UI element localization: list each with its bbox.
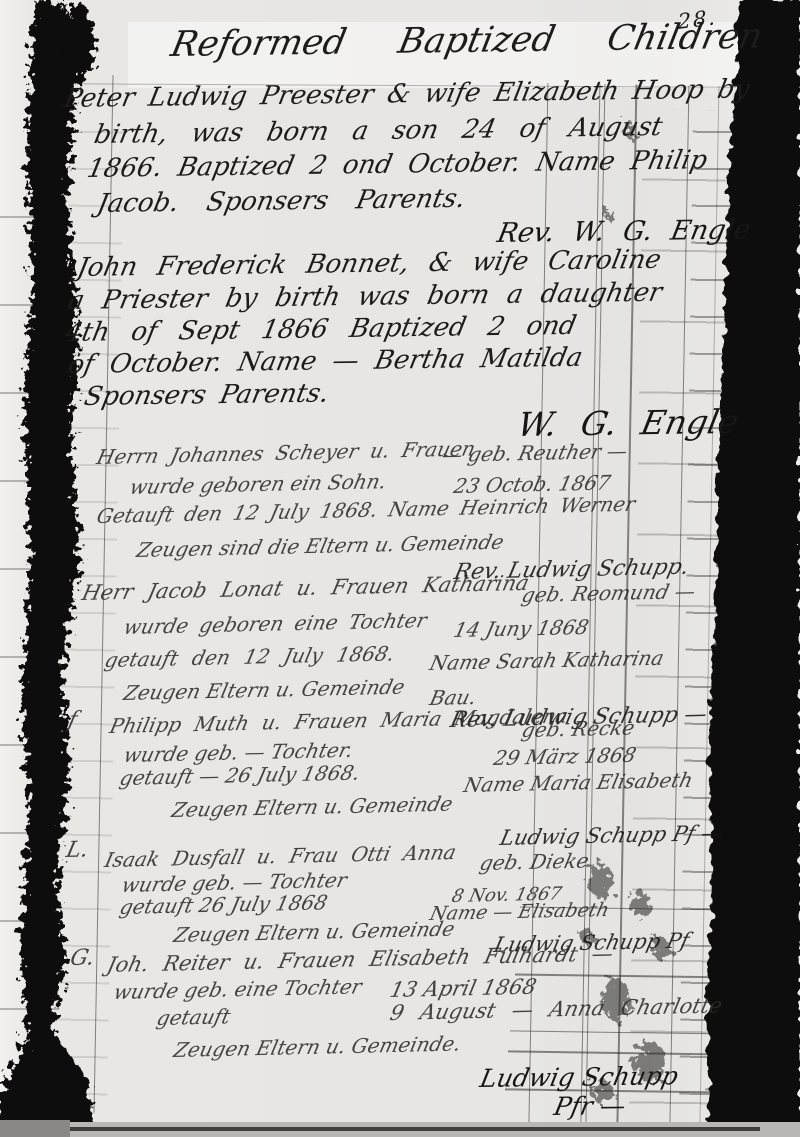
entry-line: 14 Juny 1868 <box>452 617 591 640</box>
minister-signature: Rev. W. G. Engle <box>495 216 753 247</box>
entry-line: 4th of Sept 1866 Baptized 2 ond <box>63 313 579 346</box>
entry-line: Jacob. Sponsers Parents. <box>95 186 468 217</box>
entry-line: a Priester by birth was born a daughter <box>66 280 664 314</box>
entry-line: getauft <box>155 1006 232 1028</box>
entry-mark: L. <box>64 839 91 862</box>
entry-line: of October. Name — Bertha Matilda <box>66 345 585 378</box>
entry-line: geb. Recke <box>520 717 637 740</box>
entry-line: Zeugen Eltern u. Gemeinde. <box>172 1033 463 1060</box>
bottom-copy-edge-dark <box>0 1120 70 1137</box>
entry-line: birth, was born a son 24 of August <box>92 114 665 148</box>
minister-signature: W. G. Engle <box>515 405 741 441</box>
page-title: Reformed Baptized Children <box>168 20 765 63</box>
entry-line: getauft — 26 July 1868. <box>118 762 362 788</box>
entry-line: Zeugen Eltern u. Gemeinde <box>170 794 455 820</box>
left-band-blob <box>62 2 94 82</box>
entry-line: 29 März 1868 <box>492 745 638 768</box>
minister-signature-title: Pfr — <box>552 1093 628 1119</box>
entry-line: Zeugen Eltern u. Gemeinde <box>122 677 407 703</box>
entry-line: Sponsers Parents. <box>82 381 331 410</box>
entry-line: getauft 26 July 1868 <box>118 892 329 917</box>
bottom-copy-edge-line <box>4 1127 760 1131</box>
entry-line: wurde geb. eine Tochter <box>112 976 364 1002</box>
entry-line: geb. Dieke <box>478 850 591 873</box>
entry-line: wurde geboren ein Sohn. <box>128 471 388 497</box>
entry-line: Name Sarah Katharina <box>428 648 666 673</box>
entry-line: John Frederick Bonnet, & wife Caroline <box>75 247 663 281</box>
entry-line: Zeugen Eltern u. Gemeinde <box>172 919 457 945</box>
right-scan-band <box>707 0 800 1137</box>
minister-signature: Ludwig Schupp <box>478 1063 680 1091</box>
entry-line: geb. Reomund — <box>520 581 697 605</box>
scanned-register-page: 28. Reformed Baptized Children Peter Lud… <box>0 0 800 1137</box>
entry-line: Name Maria Elisabeth <box>462 770 695 795</box>
entry-line: wurde geboren eine Tochter <box>122 610 429 637</box>
minister-signature: Ludwig Schupp Pf — <box>498 823 725 849</box>
entry-line: getauft den 12 July 1868. <box>103 643 397 670</box>
entry-line: — geb. Reuther — <box>440 441 629 465</box>
